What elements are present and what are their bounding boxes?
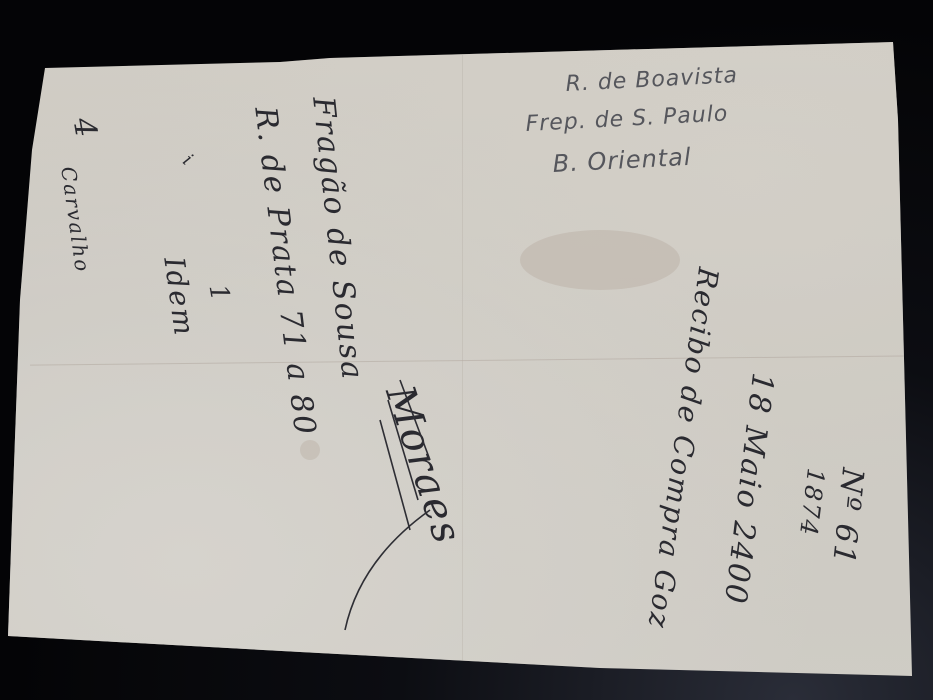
signature-flourish [300, 360, 440, 640]
stain [520, 230, 680, 290]
vertical-fold-line [462, 55, 463, 665]
horizontal-fold-line [30, 355, 910, 365]
document-paper [0, 0, 933, 700]
